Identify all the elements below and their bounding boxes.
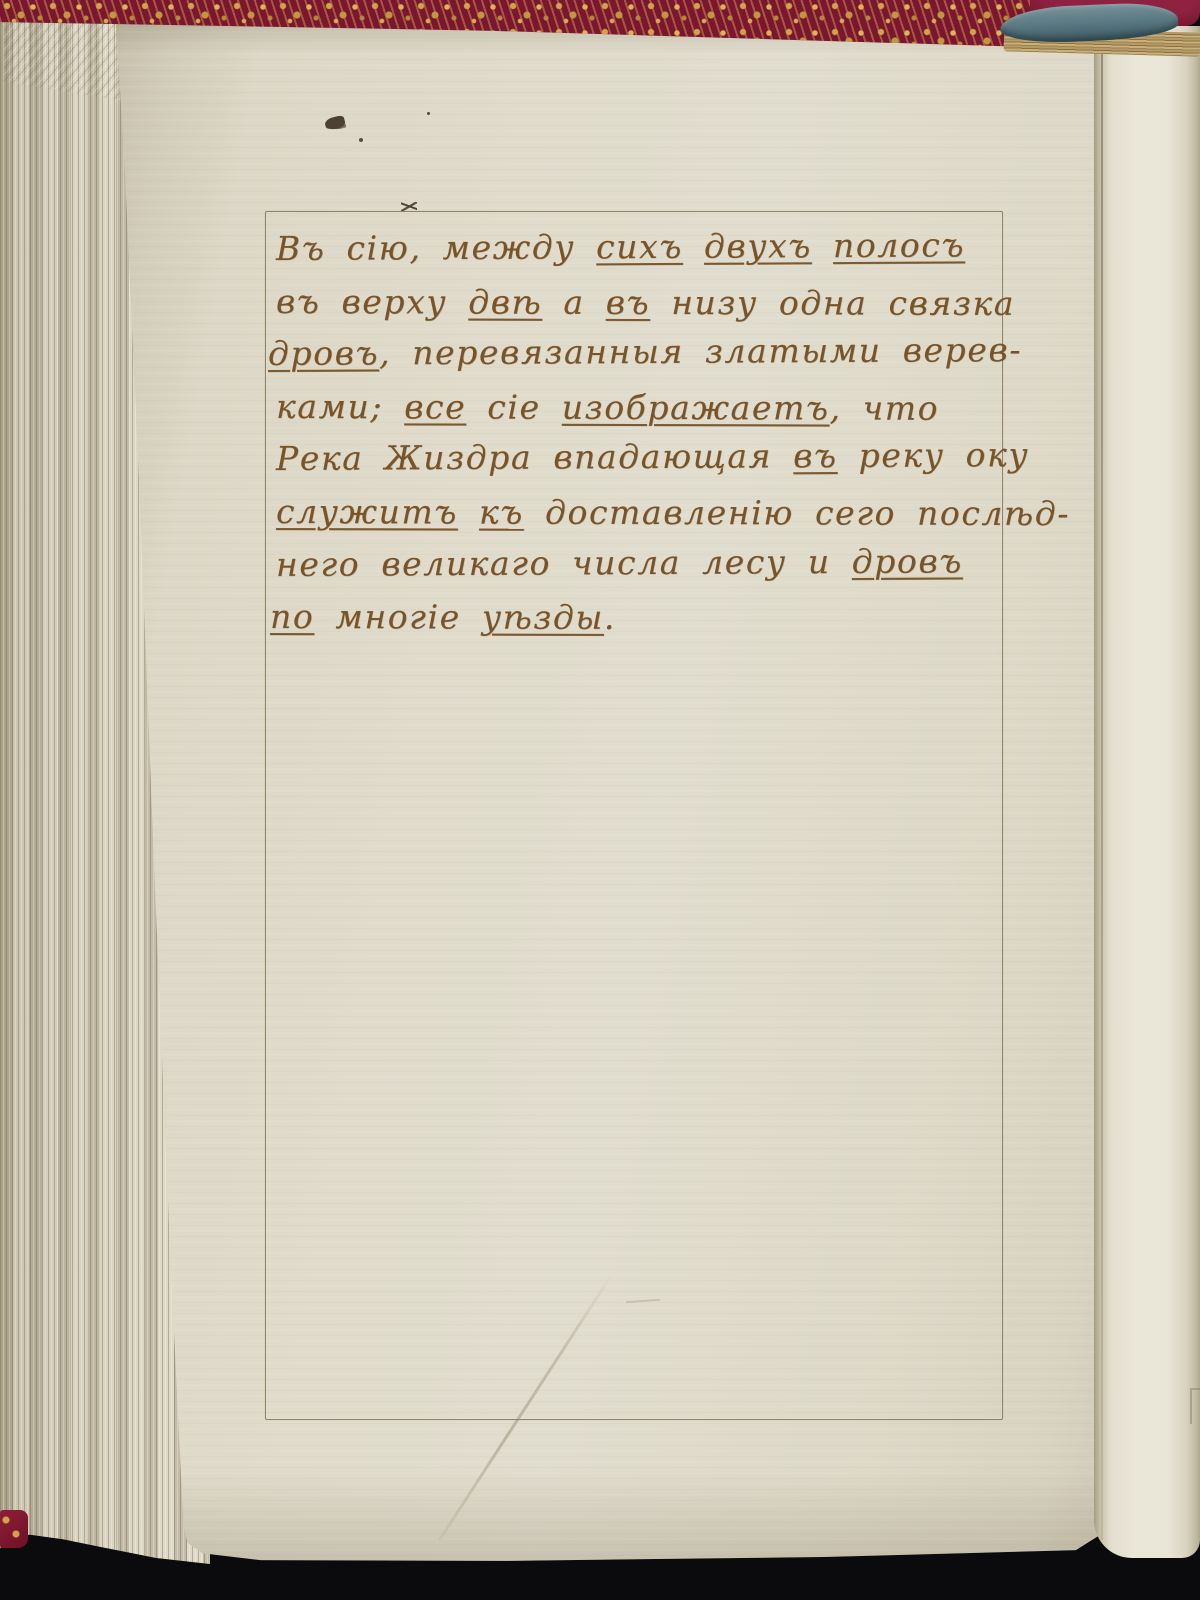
handwritten-text: низу одна связка	[650, 283, 1015, 323]
underlined-word: служитъ	[276, 492, 458, 531]
underlined-word: изображаетъ	[562, 388, 830, 428]
manuscript-line-4: ками; все сіе изображаетъ, что	[276, 387, 1006, 442]
handwritten-text: реку оку	[837, 435, 1029, 475]
text-block: Въ сію, между сихъ двухъ полосъвъ верху …	[276, 229, 1006, 650]
manuscript-line-8: по многіе уѣзды.	[270, 597, 1006, 652]
manuscript-line-2: въ верху двѣ а въ низу одна связка	[276, 282, 1006, 337]
underlined-word: все	[404, 387, 466, 426]
underlined-word: дровъ	[268, 334, 379, 374]
handwritten-text: сіе	[466, 387, 562, 426]
binding-bottom-glimpse	[0, 1510, 28, 1548]
underlined-word: сихъ	[596, 227, 683, 266]
underlined-word: дровъ	[852, 541, 963, 581]
handwritten-text: многіе	[314, 597, 482, 636]
handwritten-text: , перевязанныя златыми верев-	[379, 330, 1022, 372]
photograph-background: Въ сію, между сихъ двухъ полосъвъ верху …	[0, 0, 1200, 1600]
handwritten-text: ками;	[276, 387, 404, 426]
manuscript-line-3: дровъ, перевязанныя златыми верев-	[268, 330, 1006, 386]
underlined-word: полосъ	[833, 225, 965, 265]
handwritten-text: доставленію сего послѣд-	[524, 493, 1070, 533]
manuscript-line-1: Въ сію, между сихъ двухъ полосъ	[276, 225, 1006, 281]
ink-mark-on-border	[401, 202, 417, 211]
gutter-shadow	[1101, 30, 1103, 1540]
underlined-word: въ	[793, 436, 838, 475]
ink-dot	[359, 138, 363, 142]
ink-dot	[427, 112, 430, 115]
handwritten-text: Река Жиздра впадающая	[276, 437, 793, 479]
facing-page	[1094, 26, 1200, 1558]
handwritten-text: него великаго числа лесу и	[276, 542, 852, 584]
manuscript-line-5: Река Жиздра впадающая въ реку оку	[276, 436, 1006, 492]
facing-page-border-show-through	[1190, 1388, 1200, 1424]
underlined-word: уѣзды	[482, 598, 604, 637]
handwritten-text	[683, 227, 704, 266]
handwritten-text	[458, 492, 479, 531]
underlined-word: двѣ	[468, 282, 542, 321]
handwritten-text: Въ сію, между	[276, 227, 596, 268]
underlined-word: по	[270, 597, 314, 636]
underlined-word: къ	[479, 493, 524, 532]
handwritten-text: а	[542, 282, 606, 321]
manuscript-line-6: служитъ къ доставленію сего послѣд-	[276, 492, 1006, 547]
handwritten-text: , что	[829, 388, 939, 427]
handwritten-text	[812, 226, 833, 265]
manuscript-line-7: него великаго числа лесу и дровъ	[276, 541, 1006, 597]
handwritten-text: въ верху	[276, 282, 468, 322]
underlined-word: двухъ	[704, 226, 812, 266]
handwritten-text: .	[604, 598, 616, 637]
underlined-word: въ	[606, 282, 651, 321]
